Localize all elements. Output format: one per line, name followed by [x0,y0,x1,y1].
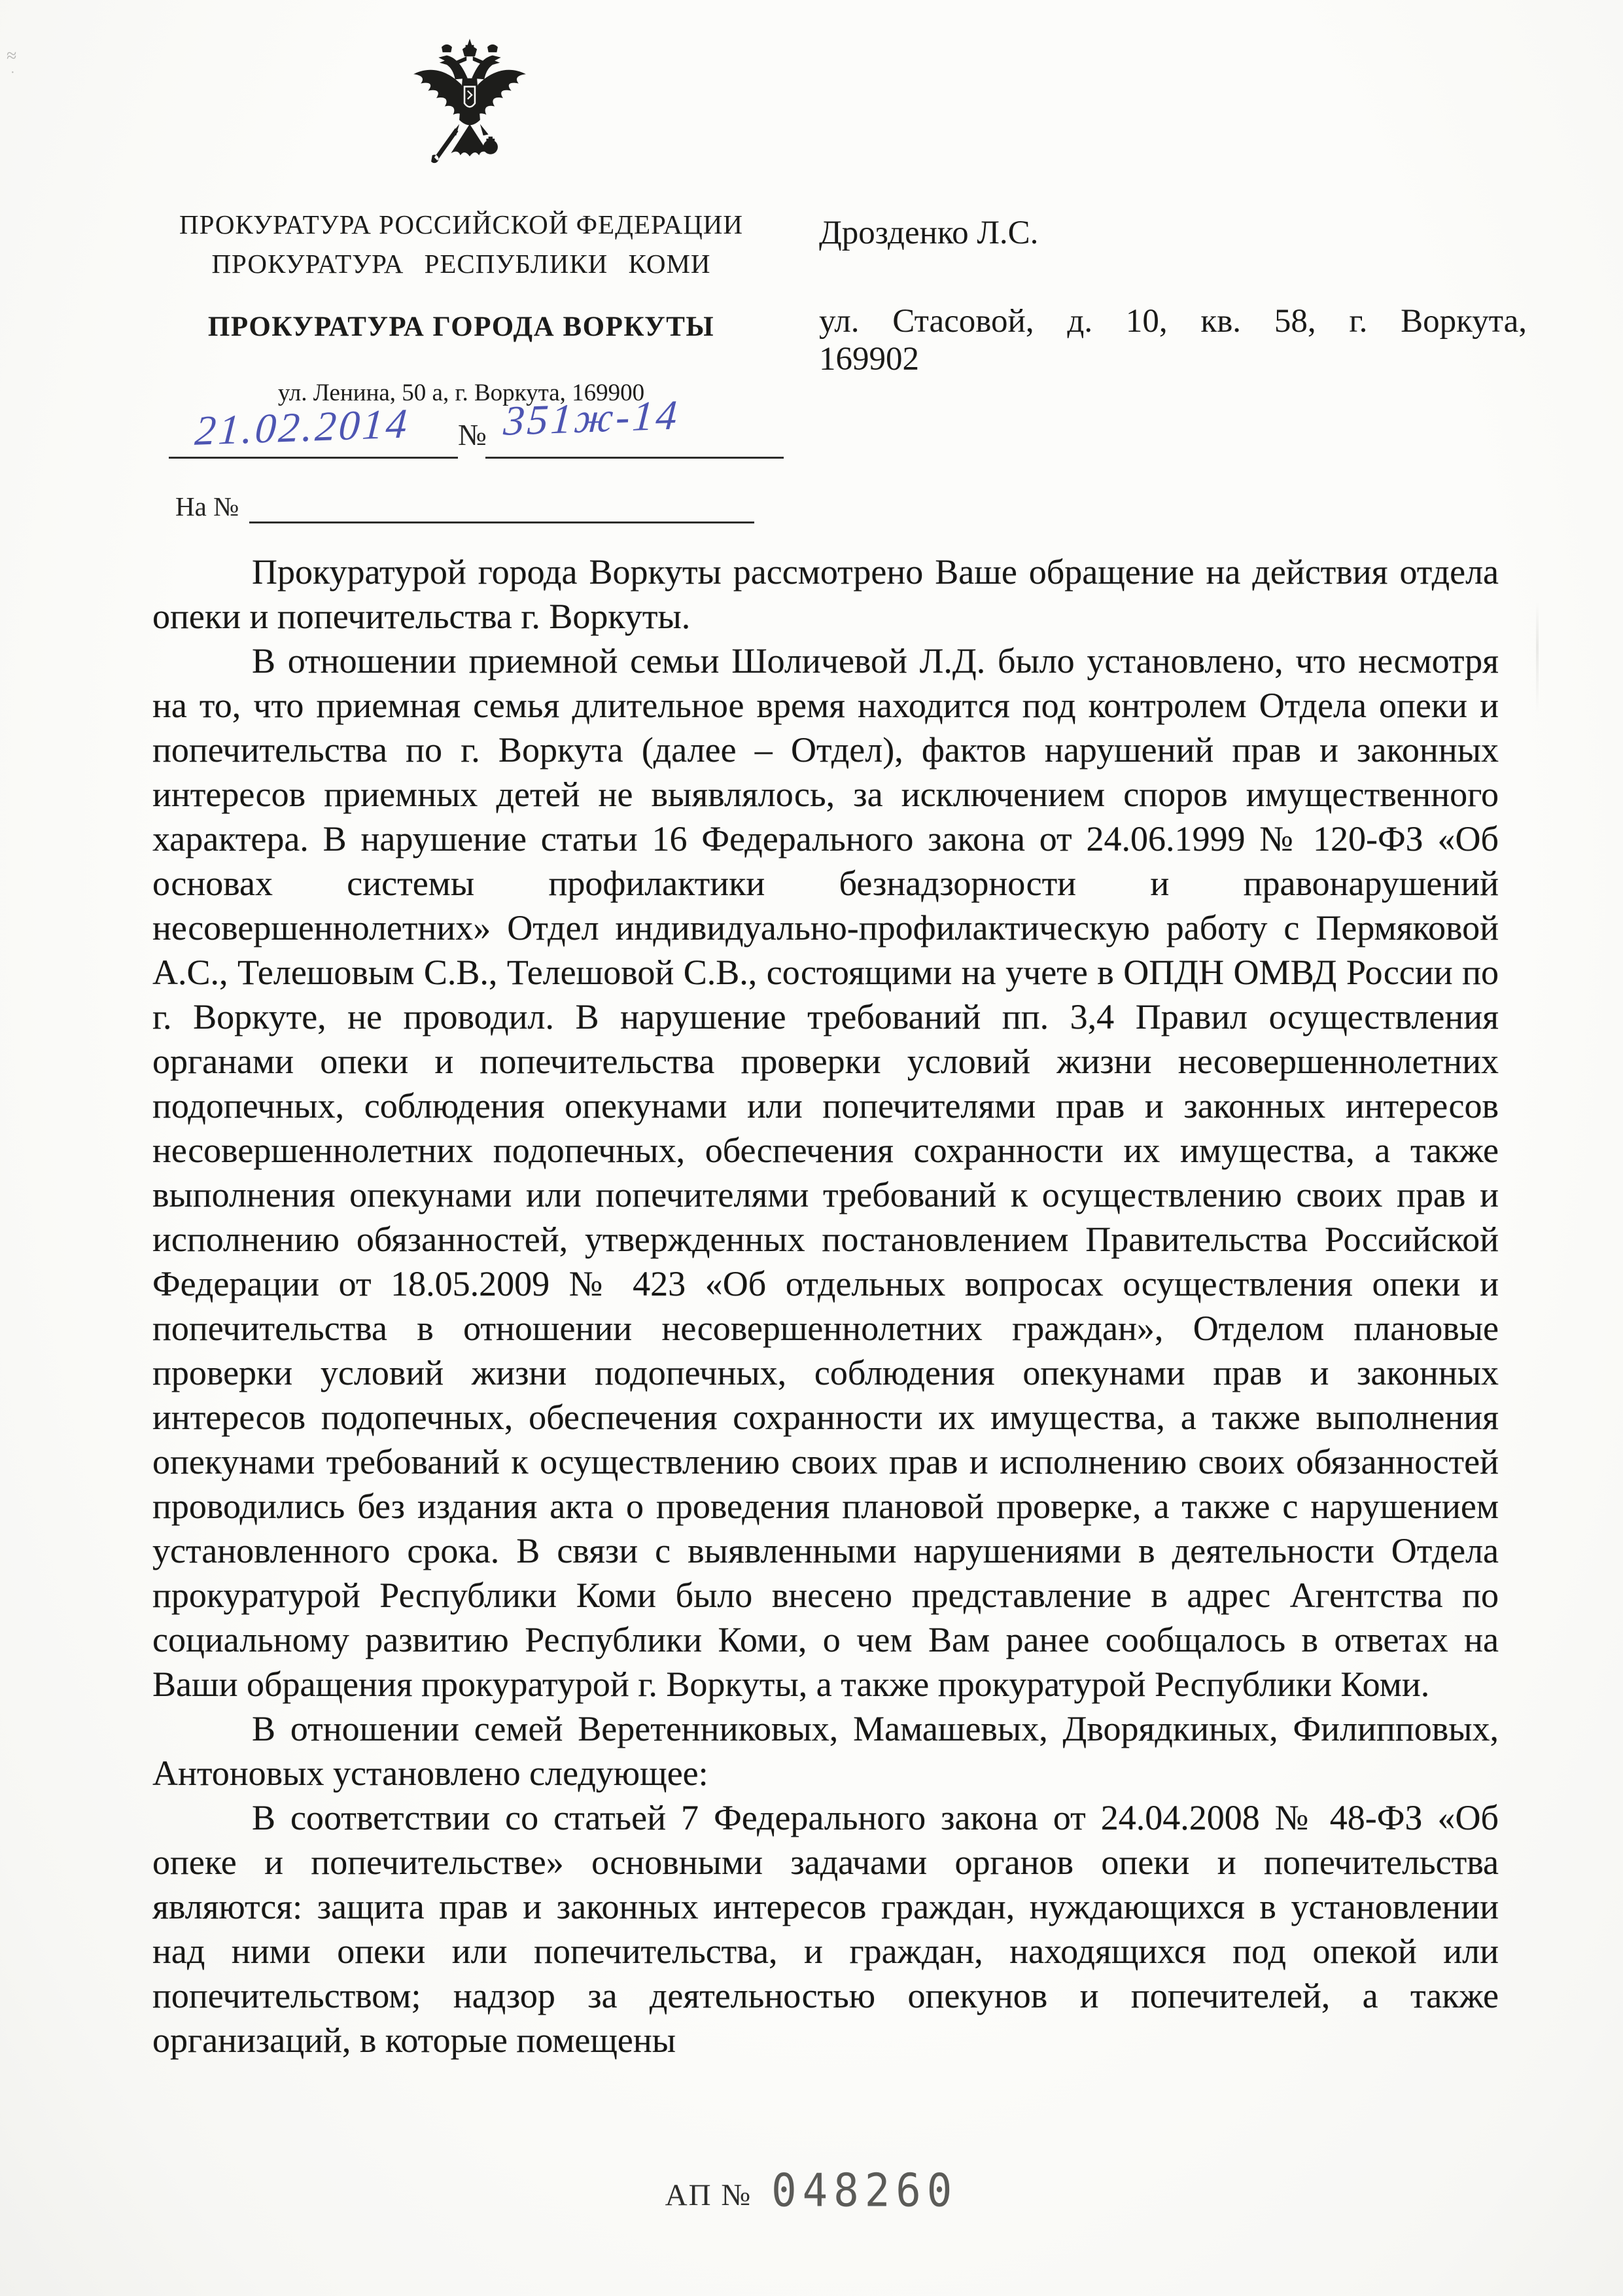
scanned-letter-page: ≈ · [0,0,1623,2296]
reply-to-row: На № [175,489,764,523]
scan-artifact: · [10,65,15,80]
letter-body: Прокуратурой города Воркуты рассмотрено … [152,550,1499,2062]
form-stamp-number: 048260 [771,2165,958,2217]
handwritten-outgoing-number: 351ж-14 [502,391,681,446]
recipient-block: Дрозденко Л.С. ул. Стасовой, д. 10, кв. … [819,213,1527,378]
scan-artifact: ≈ [7,46,16,67]
org-name-republic: ПРОКУРАТУРА РЕСПУБЛИКИ КОМИ [150,247,772,280]
number-sign: № [458,417,487,452]
org-name-federation: ПРОКУРАТУРА РОССИЙСКОЙ ФЕДЕРАЦИИ [150,208,772,241]
handwritten-date: 21.02.2014 [194,399,411,455]
russia-coat-of-arms-icon [407,37,532,174]
recipient-address-line2: 169902 [819,340,1527,378]
recipient-address-line1: ул. Стасовой, д. 10, кв. 58, г. Воркута, [819,302,1527,340]
form-stamp: АП № 048260 [0,2167,1623,2216]
reply-to-blank-line [249,489,754,523]
reply-to-label: На № [175,489,239,523]
date-blank-line [169,457,458,459]
paragraph-families: В отношении семей Веретенниковых, Мамаше… [152,1706,1499,1795]
letterhead: ПРОКУРАТУРА РОССИЙСКОЙ ФЕДЕРАЦИИ ПРОКУРА… [150,208,772,408]
reference-row: 21.02.2014 № 351ж-14 [150,399,805,471]
paragraph-intro: Прокуратурой города Воркуты рассмотрено … [152,550,1499,639]
scan-artifact [1536,602,1539,713]
paragraph-sholicheva-findings: В отношении приемной семьи Шоличевой Л.Д… [152,639,1499,1706]
paragraph-law-48fz: В соответствии со статьей 7 Федерального… [152,1795,1499,2062]
number-blank-line [485,457,784,459]
recipient-name: Дрозденко Л.С. [819,213,1527,253]
org-name-city: ПРОКУРАТУРА ГОРОДА ВОРКУТЫ [150,310,772,344]
form-stamp-label: АП № [665,2178,752,2213]
